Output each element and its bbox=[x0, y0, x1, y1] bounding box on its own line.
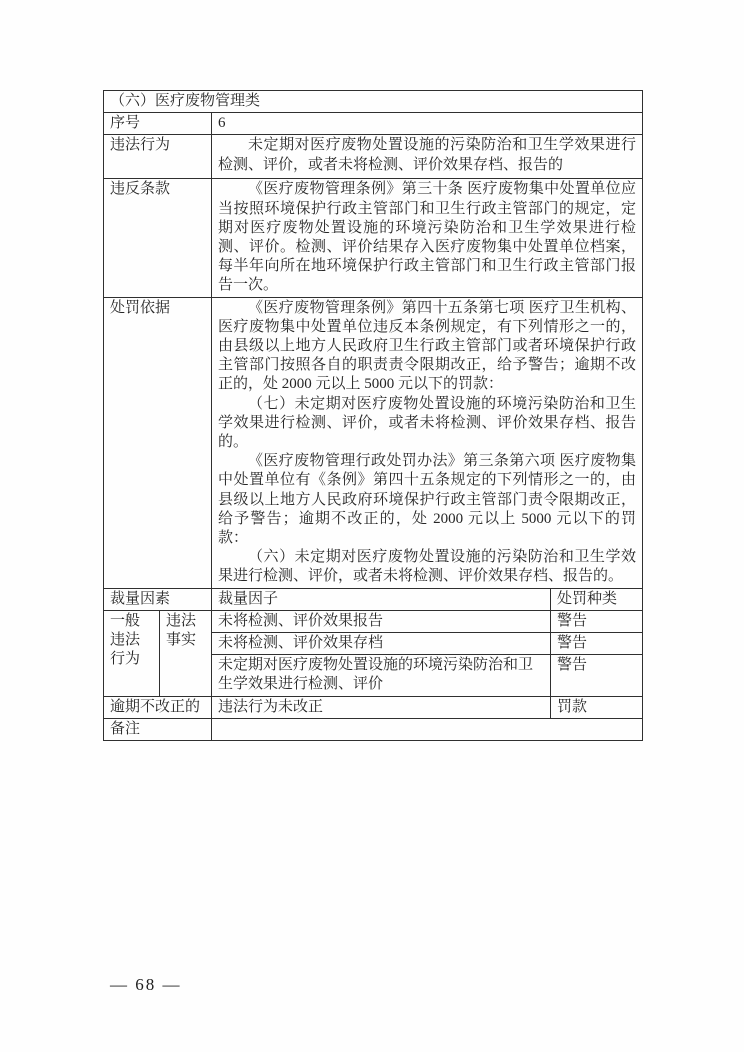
overdue-row: 逾期不改正的 违法行为未改正 罚款 bbox=[104, 696, 643, 718]
penalty-basis-paragraph-1: 《医疗废物管理条例》第四十五条第七项 医疗卫生机构、医疗废物集中处置单位违反本条… bbox=[218, 299, 636, 395]
fact-row-1: 一般违法行为 违法事实 未将检测、评价效果报告 警告 bbox=[104, 610, 643, 632]
violated-clause-label: 违反条款 bbox=[104, 179, 212, 297]
remark-value bbox=[212, 718, 643, 740]
illegal-act-text: 未定期对医疗废物处置设施的污染防治和卫生学效果进行检测、评价，或者未将检测、评价… bbox=[212, 135, 643, 179]
penalty-basis-text: 《医疗废物管理条例》第四十五条第七项 医疗卫生机构、医疗废物集中处置单位违反本条… bbox=[212, 297, 643, 588]
penalty-basis-row: 处罚依据 《医疗废物管理条例》第四十五条第七项 医疗卫生机构、医疗废物集中处置单… bbox=[104, 297, 643, 588]
fact-3-factor: 未定期对医疗废物处置设施的环境污染防治和卫生学效果进行检测、评价 bbox=[212, 655, 551, 696]
fact-1-factor: 未将检测、评价效果报告 bbox=[212, 610, 551, 632]
overdue-label: 逾期不改正的 bbox=[104, 696, 212, 718]
violated-clause-paragraph: 《医疗废物管理条例》第三十条 医疗废物集中处置单位应当按照环境保护行政主管部门和… bbox=[218, 180, 636, 295]
fact-2-factor: 未将检测、评价效果存档 bbox=[212, 633, 551, 655]
regulation-table: （六）医疗废物管理类 序号 6 违法行为 未定期对医疗废物处置设施的污染防治和卫… bbox=[103, 90, 643, 741]
fact-3-penalty: 警告 bbox=[551, 655, 643, 696]
overdue-penalty: 罚款 bbox=[551, 696, 643, 718]
fact-1-penalty: 警告 bbox=[551, 610, 643, 632]
penalty-basis-paragraph-3: 《医疗废物管理行政处罚办法》第三条第六项 医疗废物集中处置单位有《条例》第四十五… bbox=[218, 452, 636, 548]
illegal-act-label: 违法行为 bbox=[104, 135, 212, 179]
category-title: （六）医疗废物管理类 bbox=[104, 91, 643, 113]
illegal-act-row: 违法行为 未定期对医疗废物处置设施的污染防治和卫生学效果进行检测、评价，或者未将… bbox=[104, 135, 643, 179]
discretion-factor-header: 裁量因素 bbox=[104, 588, 212, 610]
overdue-factor: 违法行为未改正 bbox=[212, 696, 551, 718]
violation-fact-label: 违法事实 bbox=[160, 610, 212, 696]
fact-2-penalty: 警告 bbox=[551, 633, 643, 655]
violated-clause-text: 《医疗废物管理条例》第三十条 医疗废物集中处置单位应当按照环境保护行政主管部门和… bbox=[212, 179, 643, 297]
violated-clause-row: 违反条款 《医疗废物管理条例》第三十条 医疗废物集中处置单位应当按照环境保护行政… bbox=[104, 179, 643, 297]
penalty-type-header: 处罚种类 bbox=[551, 588, 643, 610]
remark-label: 备注 bbox=[104, 718, 212, 740]
penalty-basis-paragraph-4: （六）未定期对医疗废物处置设施的污染防治和卫生学效果进行检测、评价，或者未将检测… bbox=[218, 548, 636, 586]
serial-label: 序号 bbox=[104, 113, 212, 135]
penalty-basis-paragraph-2: （七）未定期对医疗废物处置设施的环境污染防治和卫生学效果进行检测、评价，或者未将… bbox=[218, 395, 636, 453]
remark-row: 备注 bbox=[104, 718, 643, 740]
general-violation-label: 一般违法行为 bbox=[104, 610, 160, 696]
category-title-row: （六）医疗废物管理类 bbox=[104, 91, 643, 113]
discretion-header-row: 裁量因素 裁量因子 处罚种类 bbox=[104, 588, 643, 610]
penalty-basis-label: 处罚依据 bbox=[104, 297, 212, 588]
serial-row: 序号 6 bbox=[104, 113, 643, 135]
document-page: （六）医疗废物管理类 序号 6 违法行为 未定期对医疗废物处置设施的污染防治和卫… bbox=[0, 0, 744, 1052]
discretion-subfactor-header: 裁量因子 bbox=[212, 588, 551, 610]
illegal-act-paragraph: 未定期对医疗废物处置设施的污染防治和卫生学效果进行检测、评价，或者未将检测、评价… bbox=[218, 136, 636, 174]
serial-value: 6 bbox=[212, 113, 643, 135]
page-number: — 68 — bbox=[110, 975, 182, 995]
